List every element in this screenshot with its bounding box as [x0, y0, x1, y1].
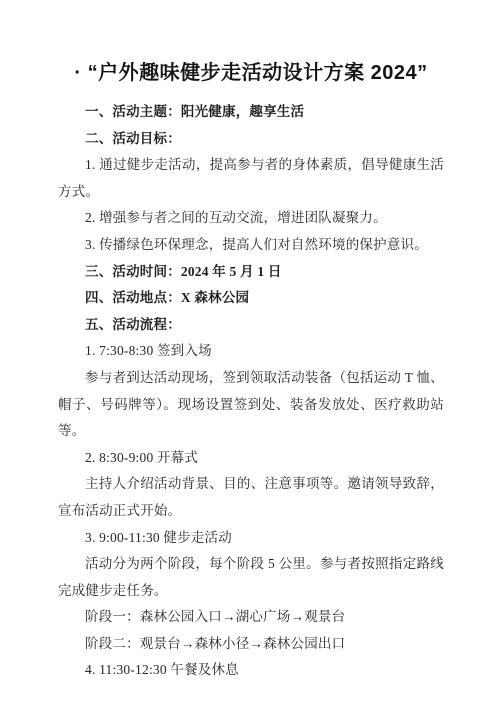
route-stage-1: 阶段一：森林公园入口→湖心广场→观景台: [58, 604, 444, 631]
process-step-2-detail: 主持人介绍活动背景、目的、注意事项等。邀请领导致辞，宣布活动正式开始。: [58, 471, 444, 524]
route-stage-2: 阶段二：观景台→森林小径→森林公园出口: [58, 631, 444, 658]
goal-item-2: 2. 增强参与者之间的互动交流，增进团队凝聚力。: [58, 205, 444, 232]
process-step-3-detail: 活动分为两个阶段，每个阶段 5 公里。参与者按照指定路线完成健步走任务。: [58, 551, 444, 604]
document-page: · “户外趣味健步走活动设计方案 2024” 一、活动主题：阳光健康，趣享生活 …: [0, 0, 500, 707]
process-step-4-title: 4. 11:30-12:30 午餐及休息: [58, 657, 444, 684]
section-4-location-heading: 四、活动地点：X 森林公园: [58, 285, 444, 312]
process-step-3-title: 3. 9:00-11:30 健步走活动: [58, 525, 444, 552]
process-step-2-title: 2. 8:30-9:00 开幕式: [58, 445, 444, 472]
goal-item-3: 3. 传播绿色环保理念，提高人们对自然环境的保护意识。: [58, 232, 444, 259]
document-title: · “户外趣味健步走活动设计方案 2024”: [58, 58, 444, 88]
section-5-process-heading: 五、活动流程：: [58, 312, 444, 339]
process-step-1-detail: 参与者到达活动现场，签到领取活动装备（包括运动 T 恤、帽子、号码牌等）。现场设…: [58, 365, 444, 445]
goal-item-1: 1. 通过健步走活动，提高参与者的身体素质，倡导健康生活方式。: [58, 152, 444, 205]
section-1-theme-heading: 一、活动主题：阳光健康，趣享生活: [58, 99, 444, 126]
process-step-1-title: 1. 7:30-8:30 签到入场: [58, 338, 444, 365]
section-2-goals-heading: 二、活动目标：: [58, 126, 444, 153]
section-3-time-heading: 三、活动时间：2024 年 5 月 1 日: [58, 259, 444, 286]
